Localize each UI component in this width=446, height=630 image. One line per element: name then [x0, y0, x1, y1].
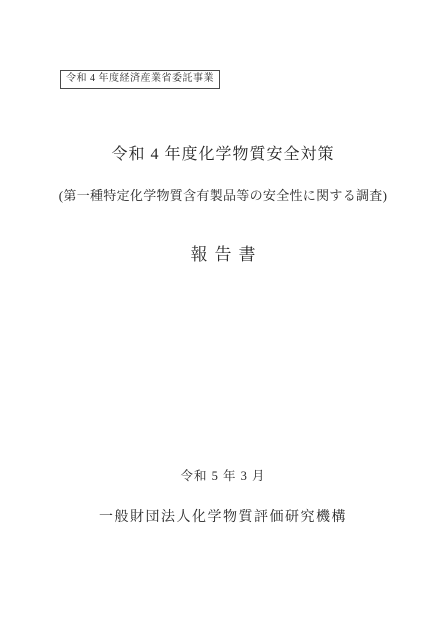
organization-name: 一般財団法人化学物質評価研究機構 — [0, 506, 446, 526]
publication-date: 令和 5 年 3 月 — [0, 466, 446, 484]
project-label: 令和 4 年度経済産業省委託事業 — [66, 73, 214, 84]
project-label-box: 令和 4 年度経済産業省委託事業 — [60, 70, 220, 89]
report-subtitle: (第一種特定化学物質含有製品等の安全性に関する調査) — [0, 185, 446, 204]
report-title: 令和 4 年度化学物質安全対策 — [0, 141, 446, 164]
report-doc-type: 報告書 — [0, 240, 446, 265]
report-cover-page: 令和 4 年度経済産業省委託事業 令和 4 年度化学物質安全対策 (第一種特定化… — [0, 0, 446, 630]
